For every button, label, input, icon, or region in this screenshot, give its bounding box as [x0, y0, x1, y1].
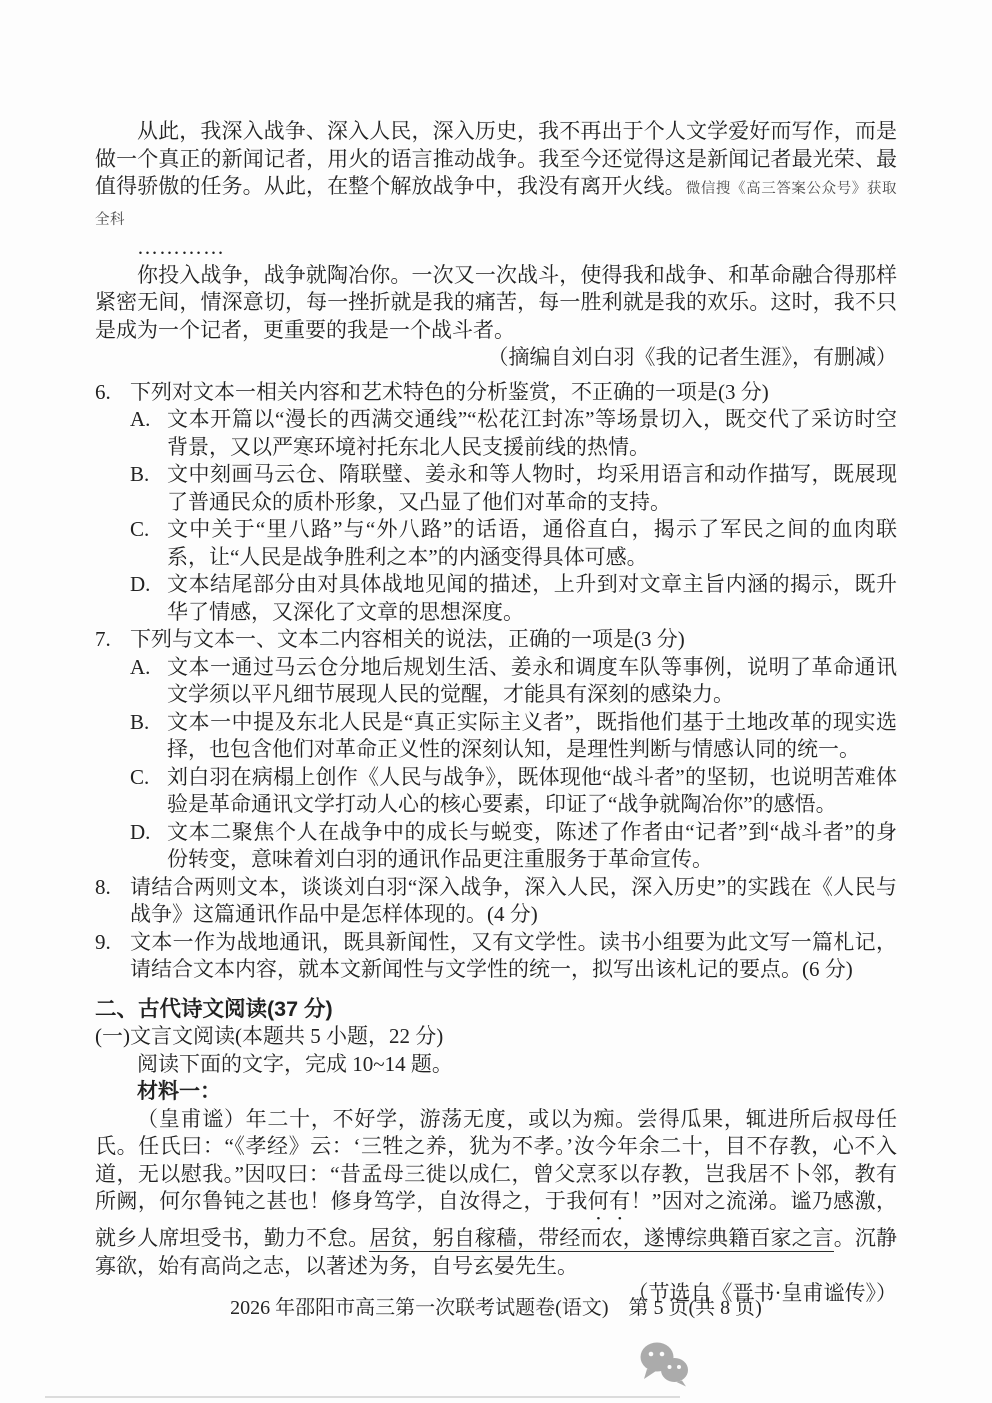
passage-paragraph-2: 你投入战争，战争就陶冶你。一次又一次战斗，使得我和战争、和革命融合得那样紧密无间… [95, 262, 897, 345]
option-c-label: C. [130, 516, 167, 544]
wechat-icon [636, 1341, 690, 1387]
question-6-stem: 下列对文本一相关内容和艺术特色的分析鉴赏，不正确的一项是(3 分) [130, 379, 897, 407]
question-6-option-b: B. 文中刻画马云仓、隋联璧、姜永和等人物时，均采用语言和动作描写，既展现了普通… [130, 461, 897, 516]
page-footer: 2026 年邵阳市高三第一次联考试题卷(语文) 第 5 页(共 8 页) [0, 1291, 992, 1320]
option-d-text: 文本二聚焦个人在战争中的成长与蜕变，陈述了作者由“记者”到“战斗者”的身份转变，… [167, 819, 897, 874]
question-6-content: 下列对文本一相关内容和艺术特色的分析鉴赏，不正确的一项是(3 分) A. 文本开… [130, 379, 897, 627]
exam-content: 从此，我深入战争、深入人民，深入历史，我不再出于个人文学爱好而写作，而是做一个真… [95, 118, 897, 1308]
ellipsis-line: ………… [95, 234, 897, 262]
exam-paper-page: { "passage_one": { "para1": "从此，我深入战争、深入… [0, 0, 992, 1403]
question-7-number: 7. [95, 626, 130, 654]
question-7-option-d: D. 文本二聚焦个人在战争中的成长与蜕变，陈述了作者由“记者”到“战斗者”的身份… [130, 819, 897, 874]
spacer [95, 372, 897, 379]
option-b-text: 文本一中提及东北人民是“真正实际主义者”，既指他们基于土地改革的现实选择，也包含… [167, 709, 897, 764]
question-7-content: 下列与文本一、文本二内容相关的说法，正确的一项是(3 分) A. 文本一通过马云… [130, 626, 897, 874]
subsection-heading: (一)文言文阅读(本题共 5 小题，22 分) [95, 1023, 897, 1051]
reading-instruction: 阅读下面的文字，完成 10~14 题。 [95, 1051, 897, 1079]
question-6-number: 6. [95, 379, 130, 407]
classical-text-paragraph: （皇甫谧）年二十，不好学，游荡无度，或以为痴。尝得瓜果，辄进所后叔母任氏。任氏曰… [95, 1106, 897, 1281]
question-8-number: 8. [95, 874, 130, 902]
spacer [95, 984, 897, 996]
question-6-option-c: C. 文中关于“里八路”与“外八路”的话语，通俗直白，揭示了军民之间的血肉联系，… [130, 516, 897, 571]
question-9: 9. 文本一作为战地通讯，既具新闻性，又有文学性。读书小组要为此文写一篇札记，请… [95, 929, 897, 984]
option-a-label: A. [130, 654, 167, 682]
option-b-label: B. [130, 709, 167, 737]
option-b-text: 文中刻画马云仓、隋联璧、姜永和等人物时，均采用语言和动作描写，既展现了普通民众的… [167, 461, 897, 516]
option-b-label: B. [130, 461, 167, 489]
question-8-stem: 请结合两则文本，谈谈刘白羽“深入战争，深入人民，深入历史”的实践在《人民与战争》… [130, 874, 897, 929]
question-7-option-a: A. 文本一通过马云仓分地后规划生活、姜永和调度车队等事例，说明了革命通讯文学须… [130, 654, 897, 709]
classical-segment-emphasis: 何有 [588, 1189, 631, 1213]
passage-paragraph-1: 从此，我深入战争、深入人民，深入历史，我不再出于个人文学爱好而写作，而是做一个真… [95, 118, 897, 234]
question-7-option-b: B. 文本一中提及东北人民是“真正实际主义者”，既指他们基于土地改革的现实选择，… [130, 709, 897, 764]
option-d-label: D. [130, 571, 167, 599]
question-9-stem: 文本一作为战地通讯，既具新闻性，又有文学性。读书小组要为此文写一篇札记，请结合文… [130, 929, 897, 984]
question-7-option-c: C. 刘白羽在病榻上创作《人民与战争》，既体现他“战斗者”的坚韧，也说明苦难体验… [130, 764, 897, 819]
material-one-label: 材料一： [95, 1078, 897, 1106]
option-c-text: 刘白羽在病榻上创作《人民与战争》，既体现他“战斗者”的坚韧，也说明苦难体验是革命… [167, 764, 897, 819]
question-6-option-a: A. 文本开篇以“漫长的西满交通线”“松花江封冻”等场景切入，既交代了采访时空背… [130, 406, 897, 461]
bottom-divider [45, 1396, 680, 1398]
option-a-text: 文本一通过马云仓分地后规划生活、姜永和调度车队等事例，说明了革命通讯文学须以平凡… [167, 654, 897, 709]
question-6-option-d: D. 文本结尾部分由对具体战地见闻的描述，上升到对文章主旨内涵的揭示，既升华了情… [130, 571, 897, 626]
question-6: 6. 下列对文本一相关内容和艺术特色的分析鉴赏，不正确的一项是(3 分) A. … [95, 379, 897, 627]
option-a-label: A. [130, 406, 167, 434]
option-c-text: 文中关于“里八路”与“外八路”的话语，通俗直白，揭示了军民之间的血肉联系，让“人… [167, 516, 897, 571]
question-8: 8. 请结合两则文本，谈谈刘白羽“深入战争，深入人民，深入历史”的实践在《人民与… [95, 874, 897, 929]
option-d-text: 文本结尾部分由对具体战地见闻的描述，上升到对文章主旨内涵的揭示，既升华了情感，又… [167, 571, 897, 626]
option-a-text: 文本开篇以“漫长的西满交通线”“松花江封冻”等场景切入，既交代了采访时空背景，又… [167, 406, 897, 461]
question-7: 7. 下列与文本一、文本二内容相关的说法，正确的一项是(3 分) A. 文本一通… [95, 626, 897, 874]
question-9-number: 9. [95, 929, 130, 957]
passage-one-source: （摘编自刘白羽《我的记者生涯》，有删减） [95, 344, 897, 372]
classical-segment-underlined: 居贫，躬自稼穑，带经而农，遂博综典籍百家之言 [369, 1226, 833, 1252]
section-two-heading: 二、古代诗文阅读(37 分) [95, 996, 897, 1024]
option-c-label: C. [130, 764, 167, 792]
option-d-label: D. [130, 819, 167, 847]
question-7-stem: 下列与文本一、文本二内容相关的说法，正确的一项是(3 分) [130, 626, 897, 654]
